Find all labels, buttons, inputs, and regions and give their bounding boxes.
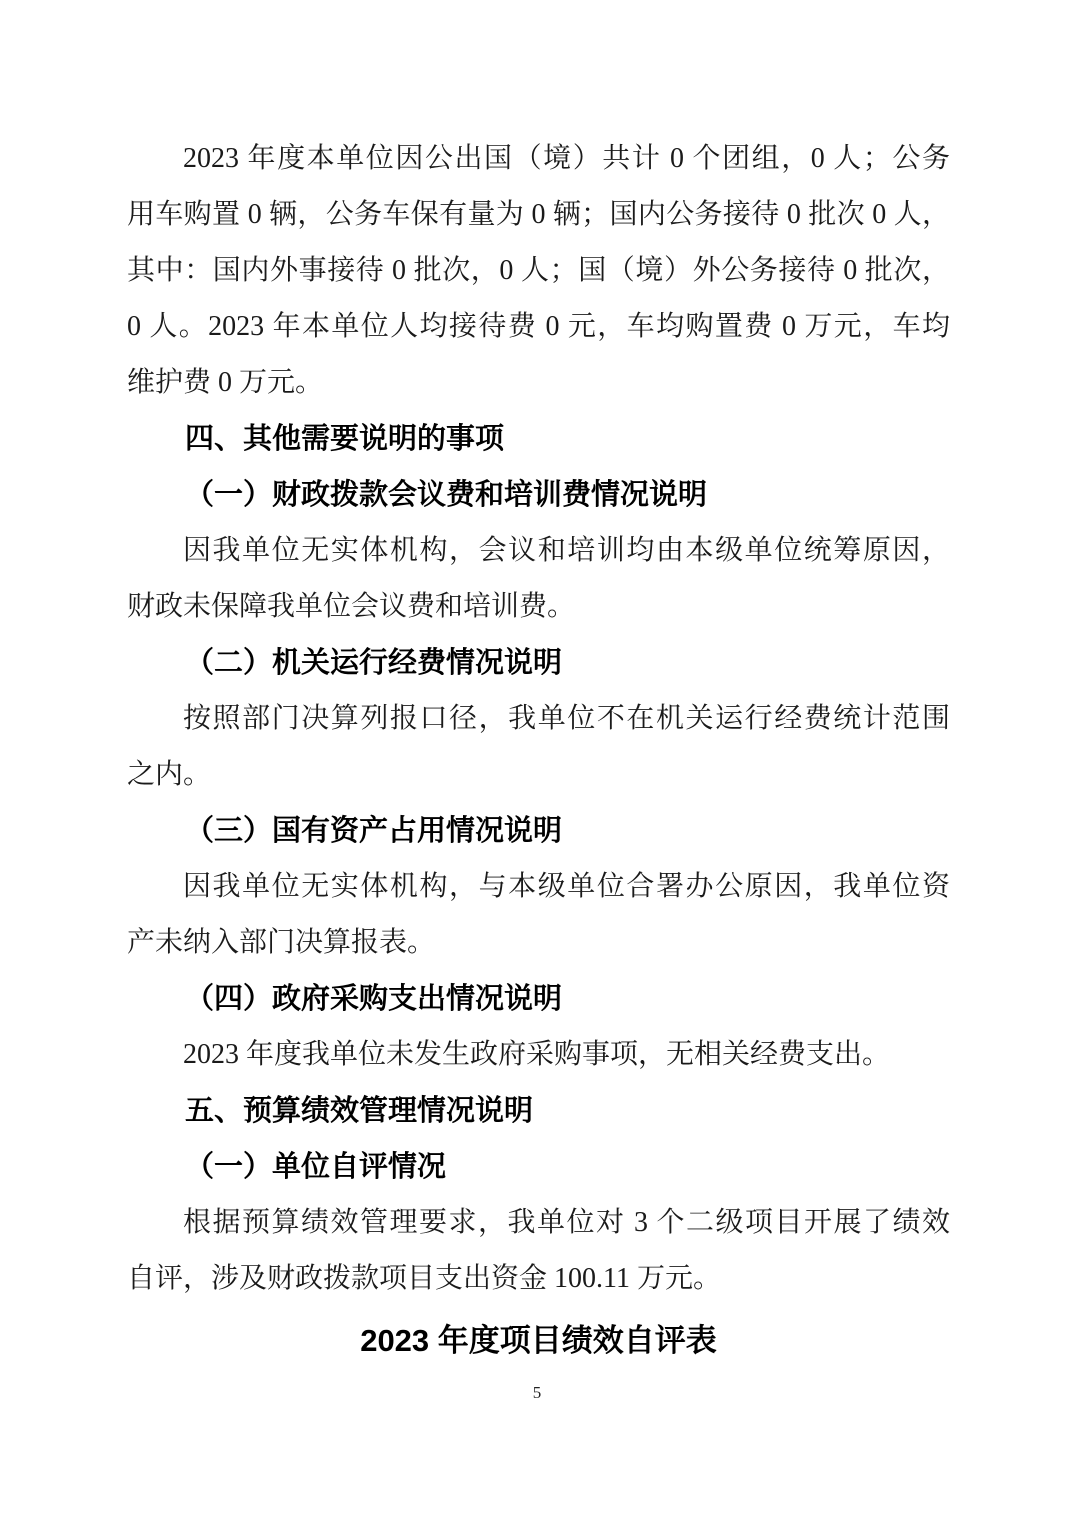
section-heading-budget-performance: 五、预算绩效管理情况说明: [127, 1083, 950, 1139]
subsection-heading-self-evaluation: （一）单位自评情况: [127, 1139, 950, 1195]
body-line: 2023 年度我单位未发生政府采购事项，无相关经费支出。: [127, 1027, 950, 1083]
body-line: 0 人。2023 年本单位人均接待费 0 元，车均购置费 0 万元，车均: [127, 299, 950, 355]
body-line: 自评，涉及财政拨款项目支出资金 100.11 万元。: [127, 1251, 950, 1307]
paragraph-government-procurement: 2023 年度我单位未发生政府采购事项，无相关经费支出。: [127, 1027, 950, 1083]
paragraph-operating-expenses: 按照部门决算列报口径，我单位不在机关运行经费统计范围 之内。: [127, 691, 950, 803]
performance-table-title: 2023 年度项目绩效自评表: [127, 1313, 950, 1369]
body-line: 用车购置 0 辆，公务车保有量为 0 辆；国内公务接待 0 批次 0 人，: [127, 187, 950, 243]
paragraph-travel: 2023 年度本单位因公出国（境）共计 0 个团组，0 人；公务 用车购置 0 …: [127, 131, 950, 411]
body-line: 其中：国内外事接待 0 批次，0 人；国（境）外公务接待 0 批次，: [127, 243, 950, 299]
section-heading-other-matters: 四、其他需要说明的事项: [127, 411, 950, 467]
subsection-heading-government-procurement: （四）政府采购支出情况说明: [127, 971, 950, 1027]
body-line: 产未纳入部门决算报表。: [127, 915, 950, 971]
paragraph-state-assets: 因我单位无实体机构，与本级单位合署办公原因，我单位资 产未纳入部门决算报表。: [127, 859, 950, 971]
paragraph-self-evaluation: 根据预算绩效管理要求，我单位对 3 个二级项目开展了绩效 自评，涉及财政拨款项目…: [127, 1195, 950, 1307]
subsection-heading-state-assets: （三）国有资产占用情况说明: [127, 803, 950, 859]
body-line: 财政未保障我单位会议费和培训费。: [127, 579, 950, 635]
body-line: 按照部门决算列报口径，我单位不在机关运行经费统计范围: [127, 691, 950, 747]
page-number: 5: [0, 1383, 1074, 1403]
body-line: 因我单位无实体机构，会议和培训均由本级单位统筹原因，: [127, 523, 950, 579]
paragraph-meeting-training: 因我单位无实体机构，会议和培训均由本级单位统筹原因， 财政未保障我单位会议费和培…: [127, 523, 950, 635]
document-page: 2023 年度本单位因公出国（境）共计 0 个团组，0 人；公务 用车购置 0 …: [0, 0, 1074, 1520]
subsection-heading-operating-expenses: （二）机关运行经费情况说明: [127, 635, 950, 691]
body-line: 因我单位无实体机构，与本级单位合署办公原因，我单位资: [127, 859, 950, 915]
subsection-heading-meeting-training-fees: （一）财政拨款会议费和培训费情况说明: [127, 467, 950, 523]
body-line: 之内。: [127, 747, 950, 803]
body-line: 根据预算绩效管理要求，我单位对 3 个二级项目开展了绩效: [127, 1195, 950, 1251]
body-line: 2023 年度本单位因公出国（境）共计 0 个团组，0 人；公务: [127, 131, 950, 187]
body-line: 维护费 0 万元。: [127, 355, 950, 411]
